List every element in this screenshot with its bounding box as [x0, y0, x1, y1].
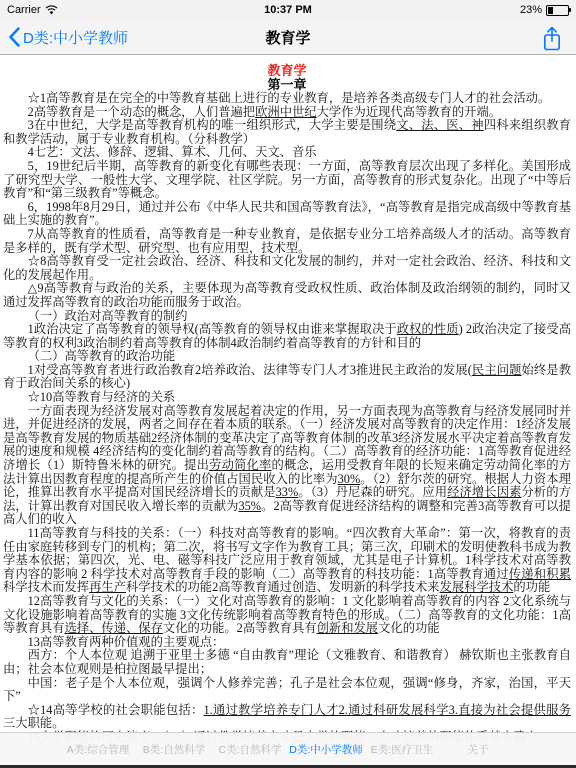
- document-view[interactable]: 教育学 第一章 ☆1高等教育是在完全的中等教育基础上进行的专业教育，是培养各类高…: [0, 55, 576, 768]
- paragraph: ☆14高等学校的社会职能包括：1.通过教学培养专门人才2.通过科研发展科学3.直…: [3, 704, 571, 731]
- text-run: 文化的功能。2高等教育具有: [163, 621, 317, 635]
- text-run: 13高等教育两种价值观的主要观点：: [28, 635, 225, 649]
- chevron-left-icon: [8, 27, 20, 47]
- document-title: 教育学: [3, 64, 571, 78]
- underlined-text: 30%: [338, 472, 361, 486]
- text-run: 2高等教育是一个动态的概念，人们普遍把: [28, 105, 256, 119]
- battery-icon: [546, 5, 569, 16]
- tab-item-C类[interactable]: C类:自然科学: [212, 742, 288, 757]
- underlined-text: 传递和积累: [509, 567, 571, 581]
- tab-item-D类[interactable]: D类:中小学教师: [288, 742, 364, 757]
- paragraph: 西方：个人本位观 追溯于亚里士多德 “自由教育”理论（文雅教育、和谐教育） 赫钦…: [3, 649, 571, 676]
- underlined-text: 民主问题: [472, 363, 522, 377]
- text-run: ☆10高等教育与经济的关系: [28, 390, 176, 404]
- navigation-bar: 教育学 D类:中小学教师: [0, 20, 576, 55]
- paragraph: 7从高等教育的性质看，高等教育是一种专业教育，是依据专业分工培养高级人才的活动。…: [3, 228, 571, 255]
- text-run: 3在中世纪，大学是高等教育机构的唯一组织形式，大学主要是围绕: [28, 118, 397, 132]
- carrier-label: Carrier: [7, 4, 41, 16]
- clock: 10:37 PM: [0, 4, 576, 16]
- text-run: ☆14高等学校的社会职能包括：: [28, 703, 204, 717]
- tab-item-B类[interactable]: B类:自然科学: [136, 742, 212, 757]
- text-run: ☆1高等教育是在完全的中等教育基础上进行的专业教育，是培养各类高级专门人才的社会…: [28, 91, 551, 105]
- text-run: 的功能: [513, 580, 550, 594]
- text-run: 文化的功能: [378, 621, 440, 635]
- tab-bar: A类:综合管理B类:自然科学C类:自然科学D类:中小学教师E类:医疗卫生关于: [0, 732, 576, 765]
- underlined-text: 33%: [276, 485, 299, 499]
- wifi-icon: [45, 5, 58, 15]
- text-run: （一）政治对高等教育的制约: [28, 309, 188, 323]
- underlined-text: 发展科学技术: [440, 580, 514, 594]
- text-run: 1对受高等教育者进行政治教育2培养政治、法律等专门人才3推进民主政治的发展(: [28, 363, 472, 377]
- paragraph: 中国：老子是个人本位观，强调个人修养完善；孔子是社会本位观，强调“修身，齐家，治…: [3, 677, 571, 704]
- underlined-text: 政权的性质: [397, 322, 459, 336]
- text-run: △9高等教育与政治的关系，主要体现为高等教育受政权性质、政治体制及政治纲领的制约…: [3, 281, 571, 309]
- text-run: 7从高等教育的性质看，高等教育是一种专业教育，是依据专业分工培养高级人才的活动。…: [3, 227, 571, 255]
- paragraph: ☆10高等教育与经济的关系: [3, 391, 571, 405]
- text-run: ☆8高等教育受一定社会政治、经济、科技和文化发展的制约，并对一定社会政治、经济、…: [3, 254, 571, 282]
- paragraph: 11高等教育与科技的关系：（一）科技对高等教育的影响。“四次教育大革命”：第一次…: [3, 527, 571, 595]
- text-run: 。（3）丹尼森的研究。应用: [298, 485, 447, 499]
- paragraph: 3在中世纪，大学是高等教育机构的唯一组织形式，大学主要是围绕文、法、医、神四科来…: [3, 119, 571, 146]
- text-run: （二）高等教育的政治功能: [28, 349, 176, 363]
- paragraph: △9高等教育与政治的关系，主要体现为高等教育受政权性质、政治体制及政治纲领的制约…: [3, 282, 571, 309]
- chapter-heading: 第一章: [3, 78, 571, 92]
- paragraph: 一方面表现为经济发展对高等教育发展起着决定的作用，另一方面表现为高等教育与经济发…: [3, 405, 571, 527]
- battery-percent-label: 23%: [520, 4, 542, 16]
- underlined-text: 再生产: [89, 580, 126, 594]
- back-button-label: D类:中小学教师: [23, 27, 128, 48]
- text-run: 11高等教育与科技的关系：（一）科技对高等教育的影响。“四次教育大革命”：第一次…: [3, 526, 571, 581]
- tab-item-E类[interactable]: E类:医疗卫生: [364, 742, 440, 757]
- tab-item-关于[interactable]: 关于: [440, 742, 516, 757]
- text-run: 三大职能。: [3, 716, 65, 730]
- text-run: 4七艺：文法、修辞、逻辑、算术、几何、天文、音乐: [28, 145, 317, 159]
- paragraph: 1对受高等教育者进行政治教育2培养政治、法律等专门人才3推进民主政治的发展(民主…: [3, 364, 571, 391]
- text-run: 6，1998年8月29日，通过并公布《中华人民共和国高等教育法》，“高等教育是指…: [3, 200, 571, 228]
- paragraph: ☆1高等教育是在完全的中等教育基础上进行的专业教育，是培养各类高级专门人才的社会…: [3, 92, 571, 106]
- tab-item-A类[interactable]: A类:综合管理: [60, 742, 136, 757]
- underlined-text: 文、法、医、神: [396, 118, 483, 132]
- paragraph: 6，1998年8月29日，通过并公布《中华人民共和国高等教育法》，“高等教育是指…: [3, 201, 571, 228]
- text-run: 科学技术而发挥: [3, 580, 89, 594]
- text-run: 5，19世纪后半期，高等教育的新变化有哪些表现：一方面，高等教育层次出现了多样化…: [3, 159, 571, 200]
- paragraph: 4七艺：文法、修辞、逻辑、算术、几何、天文、音乐: [3, 146, 571, 160]
- text-run: 中国：老子是个人本位观，强调个人修养完善；孔子是社会本位观，强调“修身，齐家，治…: [3, 676, 571, 704]
- underlined-text: 35%: [238, 499, 261, 513]
- paragraph: （二）高等教育的政治功能: [3, 350, 571, 364]
- underlined-text: 经济增长因素: [447, 485, 521, 499]
- underlined-text: 创新和发展: [317, 621, 379, 635]
- underlined-text: 劳动简化率: [209, 458, 271, 472]
- text-run: 西方：个人本位观 追溯于亚里士多德 “自由教育”理论（文雅教育、和谐教育） 赫钦…: [3, 648, 571, 676]
- app-screen: Carrier 10:37 PM 23% 教育学 D类:中小学教师: [0, 0, 576, 768]
- document-body: ☆1高等教育是在完全的中等教育基础上进行的专业教育，是培养各类高级专门人才的社会…: [3, 92, 571, 745]
- underlined-text: 欧洲中世纪: [255, 105, 317, 119]
- paragraph: 12高等教育与文化的关系：（一）文化对高等教育的影响：1 文化影响着高等教育的内…: [3, 595, 571, 636]
- text-run: 科学技术的功能2高等教育通过创造、发明新的科学技术来: [126, 580, 440, 594]
- share-button[interactable]: [540, 24, 564, 57]
- text-run: 1政治决定了高等教育的领导权(高等教育的领导权由谁来掌握取决于: [28, 322, 397, 336]
- status-bar: Carrier 10:37 PM 23%: [0, 0, 576, 20]
- text-run: 大学作为近现代高等教育的开端。: [317, 105, 501, 119]
- back-button[interactable]: D类:中小学教师: [8, 27, 128, 48]
- underlined-text: 选择、传递、保存: [65, 621, 163, 635]
- underlined-text: 1.通过教学培养专门人才2.通过科研发展科学3.直接为社会提供服务: [204, 703, 571, 717]
- share-icon: [542, 26, 562, 52]
- paragraph: 1政治决定了高等教育的领导权(高等教育的领导权由谁来掌握取决于政权的性质) 2政…: [3, 323, 571, 350]
- paragraph: 5，19世纪后半期，高等教育的新变化有哪些表现：一方面，高等教育层次出现了多样化…: [3, 160, 571, 201]
- paragraph: ☆8高等教育受一定社会政治、经济、科技和文化发展的制约，并对一定社会政治、经济、…: [3, 255, 571, 282]
